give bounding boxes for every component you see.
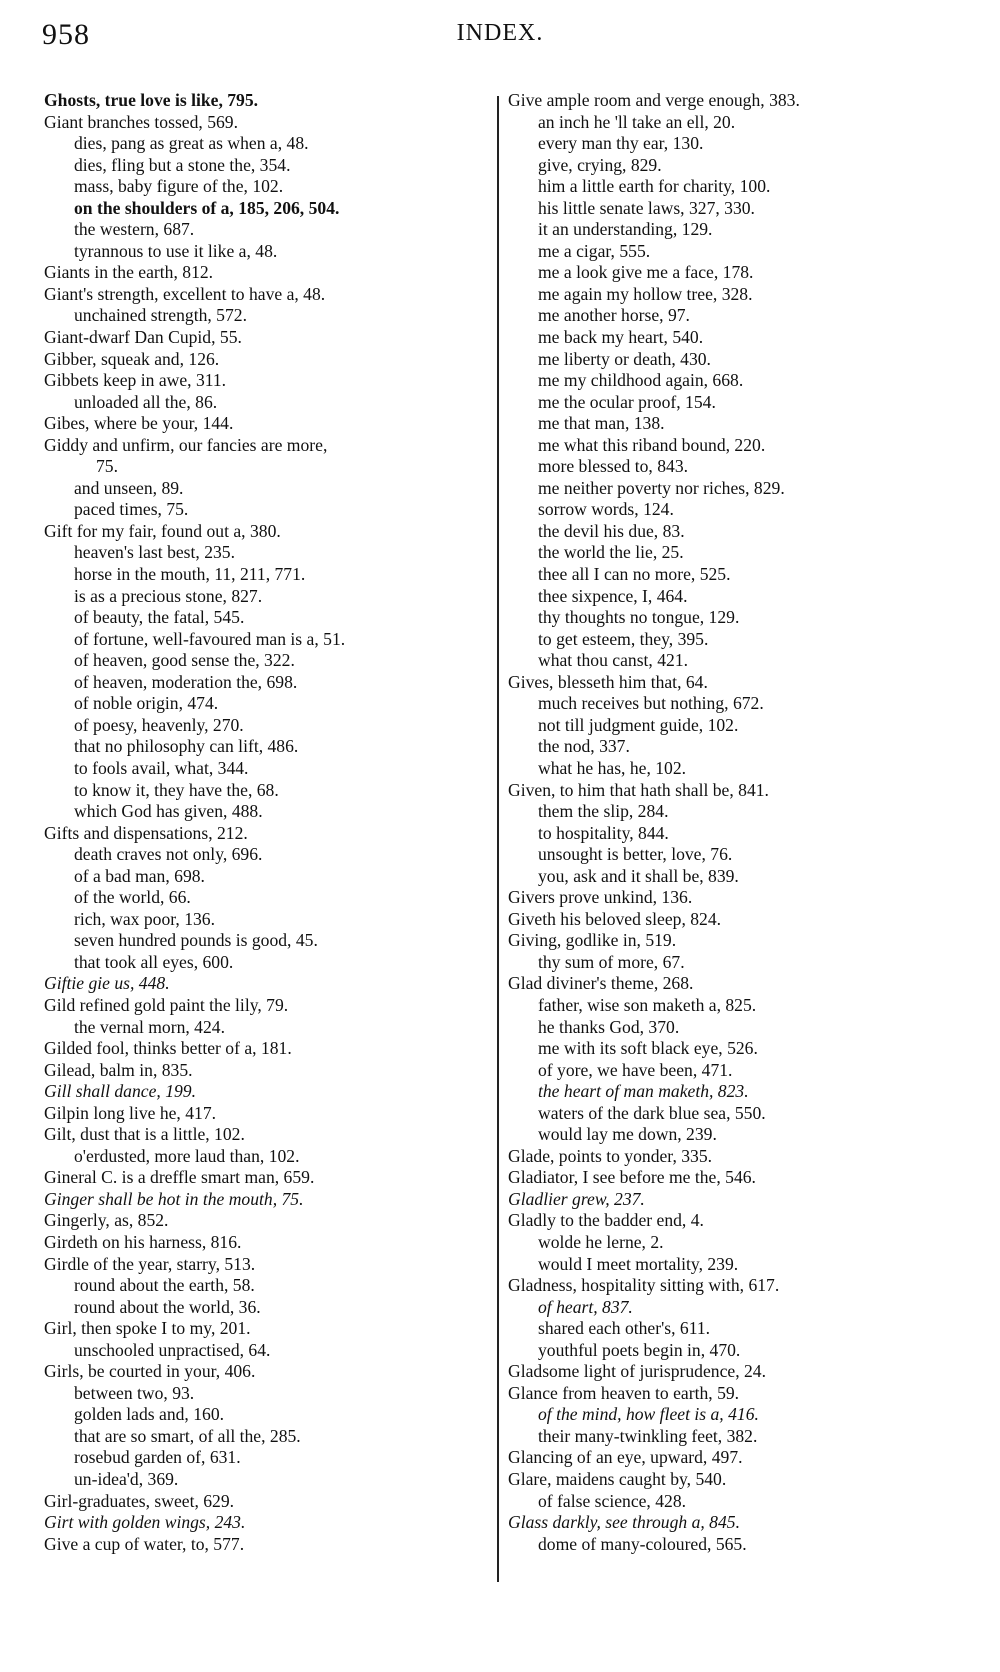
index-subentry: is as a precious stone, 827. xyxy=(44,586,494,608)
index-subentry: dies, fling but a stone the, 354. xyxy=(44,155,494,177)
index-entry: Girl-graduates, sweet, 629. xyxy=(44,1491,494,1513)
index-subentry: me what this riband bound, 220. xyxy=(508,435,978,457)
index-subentry: seven hundred pounds is good, 45. xyxy=(44,930,494,952)
index-subentry: give, crying, 829. xyxy=(508,155,978,177)
index-subentry: thy sum of more, 67. xyxy=(508,952,978,974)
index-subentry: of false science, 428. xyxy=(508,1491,978,1513)
index-subentry: unchained strength, 572. xyxy=(44,305,494,327)
index-entry: Given, to him that hath shall be, 841. xyxy=(508,780,978,802)
index-entry: Glass darkly, see through a, 845. xyxy=(508,1512,978,1534)
index-subentry: which God has given, 488. xyxy=(44,801,494,823)
index-subentry: of heart, 837. xyxy=(508,1297,978,1319)
index-entry: Gladness, hospitality sitting with, 617. xyxy=(508,1275,978,1297)
index-subentry: of poesy, heavenly, 270. xyxy=(44,715,494,737)
index-entry: Givers prove unkind, 136. xyxy=(508,887,978,909)
index-subentry: that no philosophy can lift, 486. xyxy=(44,736,494,758)
index-subentry: the nod, 337. xyxy=(508,736,978,758)
index-subentry: youthful poets begin in, 470. xyxy=(508,1340,978,1362)
index-entry: Girl, then spoke I to my, 201. xyxy=(44,1318,494,1340)
index-entry: Gineral C. is a dreffle smart man, 659. xyxy=(44,1167,494,1189)
index-subentry: the western, 687. xyxy=(44,219,494,241)
index-entry: Giant branches tossed, 569. xyxy=(44,112,494,134)
index-entry: Girt with golden wings, 243. xyxy=(44,1512,494,1534)
index-subentry: shared each other's, 611. xyxy=(508,1318,978,1340)
index-column-left: Ghosts, true love is like, 795.Giant bra… xyxy=(44,90,494,1555)
index-subentry: what he has, he, 102. xyxy=(508,758,978,780)
index-subentry: the heart of man maketh, 823. xyxy=(508,1081,978,1103)
index-subentry: tyrannous to use it like a, 48. xyxy=(44,241,494,263)
index-subentry: unsought is better, love, 76. xyxy=(508,844,978,866)
index-subentry: me liberty or death, 430. xyxy=(508,349,978,371)
index-subentry: of heaven, good sense the, 322. xyxy=(44,650,494,672)
index-subentry: wolde he lerne, 2. xyxy=(508,1232,978,1254)
index-subentry: thy thoughts no tongue, 129. xyxy=(508,607,978,629)
index-subentry: thee all I can no more, 525. xyxy=(508,564,978,586)
running-head: INDEX. xyxy=(0,20,1000,47)
index-subentry: dome of many-coloured, 565. xyxy=(508,1534,978,1556)
index-entry: Gladsome light of jurisprudence, 24. xyxy=(508,1361,978,1383)
index-subentry: me a cigar, 555. xyxy=(508,241,978,263)
index-subentry: between two, 93. xyxy=(44,1383,494,1405)
index-subentry: me the ocular proof, 154. xyxy=(508,392,978,414)
index-subentry: of noble origin, 474. xyxy=(44,693,494,715)
index-subentry: golden lads and, 160. xyxy=(44,1404,494,1426)
index-subentry: mass, baby figure of the, 102. xyxy=(44,176,494,198)
index-entry: Gingerly, as, 852. xyxy=(44,1210,494,1232)
index-subentry: unschooled unpractised, 64. xyxy=(44,1340,494,1362)
index-subentry: to know it, they have the, 68. xyxy=(44,780,494,802)
index-subentry: father, wise son maketh a, 825. xyxy=(508,995,978,1017)
index-subentry: me neither poverty nor riches, 829. xyxy=(508,478,978,500)
index-entry: Gilt, dust that is a little, 102. xyxy=(44,1124,494,1146)
index-entry: Giants in the earth, 812. xyxy=(44,262,494,284)
index-subentry: death craves not only, 696. xyxy=(44,844,494,866)
index-subentry: the vernal morn, 424. xyxy=(44,1017,494,1039)
index-subentry: much receives but nothing, 672. xyxy=(508,693,978,715)
index-entry: Glad diviner's theme, 268. xyxy=(508,973,978,995)
index-entry: Giveth his beloved sleep, 824. xyxy=(508,909,978,931)
index-subentry: to get esteem, they, 395. xyxy=(508,629,978,651)
index-subentry: unloaded all the, 86. xyxy=(44,392,494,414)
index-column-right: Give ample room and verge enough, 383.an… xyxy=(508,90,978,1555)
index-entry: Glance from heaven to earth, 59. xyxy=(508,1383,978,1405)
index-subentry: me again my hollow tree, 328. xyxy=(508,284,978,306)
index-entry: Gift for my fair, found out a, 380. xyxy=(44,521,494,543)
index-subentry: me my childhood again, 668. xyxy=(508,370,978,392)
index-subentry: of beauty, the fatal, 545. xyxy=(44,607,494,629)
index-subentry: of the mind, how fleet is a, 416. xyxy=(508,1404,978,1426)
index-subentry: not till judgment guide, 102. xyxy=(508,715,978,737)
index-entry: Gives, blesseth him that, 64. xyxy=(508,672,978,694)
index-entry: Glare, maidens caught by, 540. xyxy=(508,1469,978,1491)
index-subentry: to fools avail, what, 344. xyxy=(44,758,494,780)
index-subentry: would lay me down, 239. xyxy=(508,1124,978,1146)
index-entry: Gibber, squeak and, 126. xyxy=(44,349,494,371)
index-entry: Gill shall dance, 199. xyxy=(44,1081,494,1103)
index-subentry: rosebud garden of, 631. xyxy=(44,1447,494,1469)
index-subentry: and unseen, 89. xyxy=(44,478,494,500)
index-subentry: me another horse, 97. xyxy=(508,305,978,327)
index-entry: Gilded fool, thinks better of a, 181. xyxy=(44,1038,494,1060)
index-entry: Glade, points to yonder, 335. xyxy=(508,1146,978,1168)
index-entry: Girdeth on his harness, 816. xyxy=(44,1232,494,1254)
index-entry: Gladiator, I see before me the, 546. xyxy=(508,1167,978,1189)
index-subentry: the world the lie, 25. xyxy=(508,542,978,564)
index-subentry: you, ask and it shall be, 839. xyxy=(508,866,978,888)
index-subentry: his little senate laws, 327, 330. xyxy=(508,198,978,220)
index-subentry: o'erdusted, more laud than, 102. xyxy=(44,1146,494,1168)
index-subentry: waters of the dark blue sea, 550. xyxy=(508,1103,978,1125)
index-subentry: would I meet mortality, 239. xyxy=(508,1254,978,1276)
index-subentry: he thanks God, 370. xyxy=(508,1017,978,1039)
index-entry: Gild refined gold paint the lily, 79. xyxy=(44,995,494,1017)
column-divider xyxy=(497,96,499,1582)
index-subentry: horse in the mouth, 11, 211, 771. xyxy=(44,564,494,586)
index-subentry: of heaven, moderation the, 698. xyxy=(44,672,494,694)
index-entry: Glancing of an eye, upward, 497. xyxy=(508,1447,978,1469)
index-subentry: every man thy ear, 130. xyxy=(508,133,978,155)
index-entry: Gibbets keep in awe, 311. xyxy=(44,370,494,392)
index-subentry: me back my heart, 540. xyxy=(508,327,978,349)
index-subentry: me a look give me a face, 178. xyxy=(508,262,978,284)
index-subentry: of a bad man, 698. xyxy=(44,866,494,888)
index-subentry: paced times, 75. xyxy=(44,499,494,521)
index-entry: Give ample room and verge enough, 383. xyxy=(508,90,978,112)
index-subentry: thee sixpence, I, 464. xyxy=(508,586,978,608)
index-subentry: me that man, 138. xyxy=(508,413,978,435)
index-entry: Girdle of the year, starry, 513. xyxy=(44,1254,494,1276)
index-entry: Giving, godlike in, 519. xyxy=(508,930,978,952)
index-subentry: the devil his due, 83. xyxy=(508,521,978,543)
index-subentry: to hospitality, 844. xyxy=(508,823,978,845)
index-subentry: of yore, we have been, 471. xyxy=(508,1060,978,1082)
index-entry: Gifts and dispensations, 212. xyxy=(44,823,494,845)
index-subentry: of fortune, well-favoured man is a, 51. xyxy=(44,629,494,651)
index-subentry: me with its soft black eye, 526. xyxy=(508,1038,978,1060)
index-entry: Gilpin long live he, 417. xyxy=(44,1103,494,1125)
index-entry: Gibes, where be your, 144. xyxy=(44,413,494,435)
index-entry: Gladlier grew, 237. xyxy=(508,1189,978,1211)
index-subentry: un-idea'd, 369. xyxy=(44,1469,494,1491)
index-subentry: rich, wax poor, 136. xyxy=(44,909,494,931)
index-entry: Give a cup of water, to, 577. xyxy=(44,1534,494,1556)
index-entry: Giftie gie us, 448. xyxy=(44,973,494,995)
index-subentry: him a little earth for charity, 100. xyxy=(508,176,978,198)
index-subentry: it an understanding, 129. xyxy=(508,219,978,241)
index-entry: Gilead, balm in, 835. xyxy=(44,1060,494,1082)
index-entry: Gladly to the badder end, 4. xyxy=(508,1210,978,1232)
index-entry: Giant's strength, excellent to have a, 4… xyxy=(44,284,494,306)
index-subentry: that took all eyes, 600. xyxy=(44,952,494,974)
index-entry: Giddy and unfirm, our fancies are more, xyxy=(44,435,494,457)
index-subentry: of the world, 66. xyxy=(44,887,494,909)
index-entry: Girls, be courted in your, 406. xyxy=(44,1361,494,1383)
index-subentry: dies, pang as great as when a, 48. xyxy=(44,133,494,155)
index-subentry: on the shoulders of a, 185, 206, 504. xyxy=(44,198,494,220)
index-subentry: heaven's last best, 235. xyxy=(44,542,494,564)
index-subentry: sorrow words, 124. xyxy=(508,499,978,521)
index-subentry: 75. xyxy=(44,456,494,478)
index-subentry: their many-twinkling feet, 382. xyxy=(508,1426,978,1448)
index-subentry: what thou canst, 421. xyxy=(508,650,978,672)
index-subentry: more blessed to, 843. xyxy=(508,456,978,478)
index-entry: Giant-dwarf Dan Cupid, 55. xyxy=(44,327,494,349)
index-subentry: that are so smart, of all the, 285. xyxy=(44,1426,494,1448)
index-subentry: round about the earth, 58. xyxy=(44,1275,494,1297)
index-subentry: them the slip, 284. xyxy=(508,801,978,823)
index-entry: Ginger shall be hot in the mouth, 75. xyxy=(44,1189,494,1211)
index-subentry: an inch he 'll take an ell, 20. xyxy=(508,112,978,134)
index-subentry: round about the world, 36. xyxy=(44,1297,494,1319)
index-entry: Ghosts, true love is like, 795. xyxy=(44,90,494,112)
